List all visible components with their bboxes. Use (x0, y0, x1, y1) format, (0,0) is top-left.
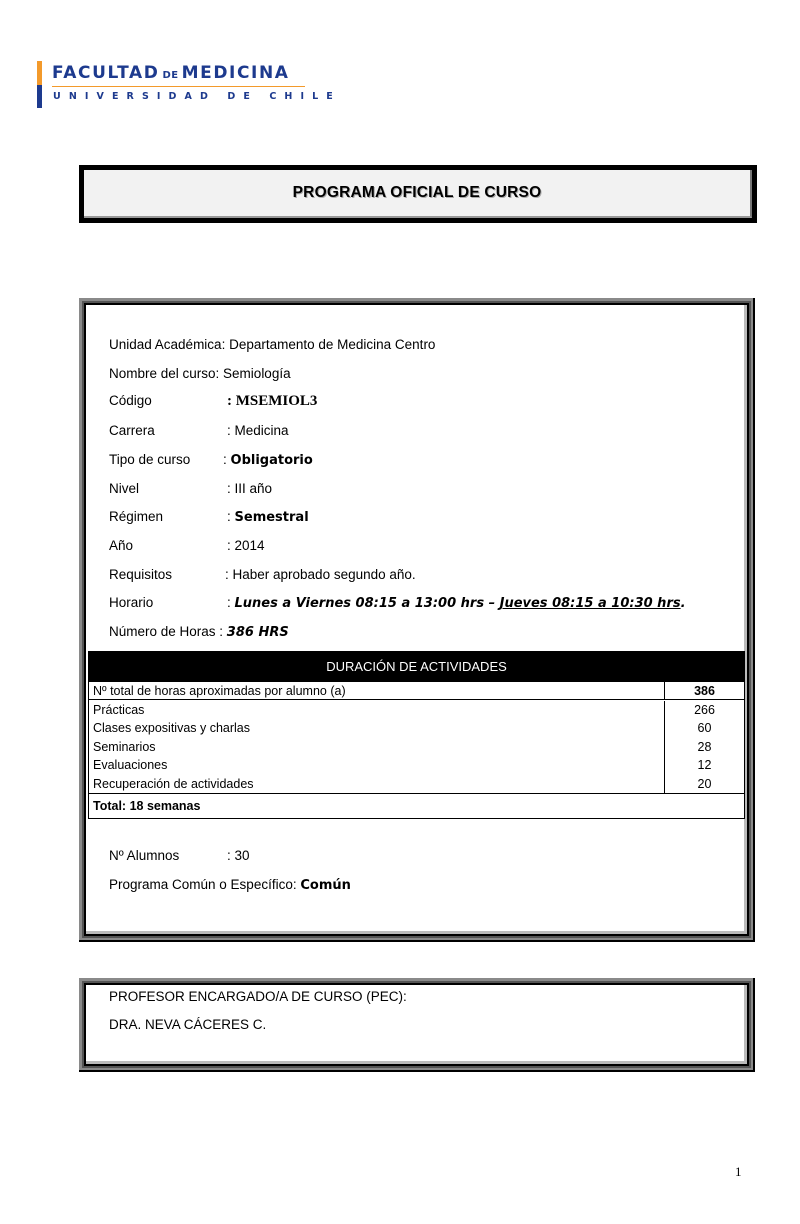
document-title-box: PROGRAMA OFICIAL DE CURSO (79, 165, 757, 223)
course-info-frame: Unidad Académica: Departamento de Medici… (79, 298, 755, 942)
table-row-value: 266 (665, 701, 744, 719)
logo-accent-bar (37, 61, 42, 85)
table-row-label: Clases expositivas y charlas (93, 719, 664, 737)
field-regimen: Régimen: Semestral (109, 509, 309, 525)
document-title: PROGRAMA OFICIAL DE CURSO (293, 184, 542, 202)
page-number: 1 (735, 1164, 742, 1180)
table-row-value: 28 (665, 738, 744, 756)
table-row-total-weeks: Total: 18 semanas (89, 793, 744, 818)
logo-faculty-name: FACULTADDEMEDICINA (52, 63, 290, 83)
table-row-label: Recuperación de actividades (93, 775, 664, 793)
field-carrera: Carrera: Medicina (109, 423, 289, 438)
table-row-label: Evaluaciones (93, 756, 664, 774)
field-horario: Horario: Lunes a Viernes 08:15 a 13:00 h… (109, 595, 686, 611)
duration-table: Nº total de horas aproximadas por alumno… (88, 681, 745, 819)
table-row-label: Seminarios (93, 738, 664, 756)
activity-rows: Prácticas Clases expositivas y charlas S… (89, 699, 744, 793)
table-row-label: Prácticas (93, 701, 664, 719)
field-unidad-academica: Unidad Académica: Departamento de Medici… (109, 337, 435, 352)
professor-name: DRA. NEVA CÁCERES C. (109, 1017, 266, 1032)
logo-primary-bar (37, 85, 42, 108)
field-numero-horas: Número de Horas : 386 HRS (109, 624, 289, 640)
field-programa: Programa Común o Específico: Común (109, 877, 351, 893)
field-alumnos: Nº Alumnos: 30 (109, 848, 250, 863)
table-row-total-hours: Nº total de horas aproximadas por alumno… (89, 681, 744, 699)
faculty-logo: FACULTADDEMEDICINA UNIVERSIDAD DE CHILE (37, 61, 307, 109)
table-row-value: 20 (665, 775, 744, 793)
field-requisitos: Requisitos: Haber aprobado segundo año. (109, 567, 416, 582)
professor-frame: PROFESOR ENCARGADO/A DE CURSO (PEC): DRA… (79, 978, 755, 1072)
table-row-value: 60 (665, 719, 744, 737)
logo-university-name: UNIVERSIDAD DE CHILE (53, 91, 341, 102)
field-nivel: Nivel: III año (109, 481, 272, 496)
field-nombre-curso: Nombre del curso: Semiología (109, 366, 291, 381)
field-codigo: Código: MSEMIOL3 (109, 393, 317, 410)
logo-rule (52, 86, 305, 87)
table-row-value: 12 (665, 756, 744, 774)
field-tipo-curso: Tipo de curso: Obligatorio (109, 452, 313, 468)
professor-label: PROFESOR ENCARGADO/A DE CURSO (PEC): (109, 989, 407, 1004)
duration-table-header: DURACIÓN DE ACTIVIDADES (88, 651, 745, 681)
field-anio: Año: 2014 (109, 538, 265, 553)
